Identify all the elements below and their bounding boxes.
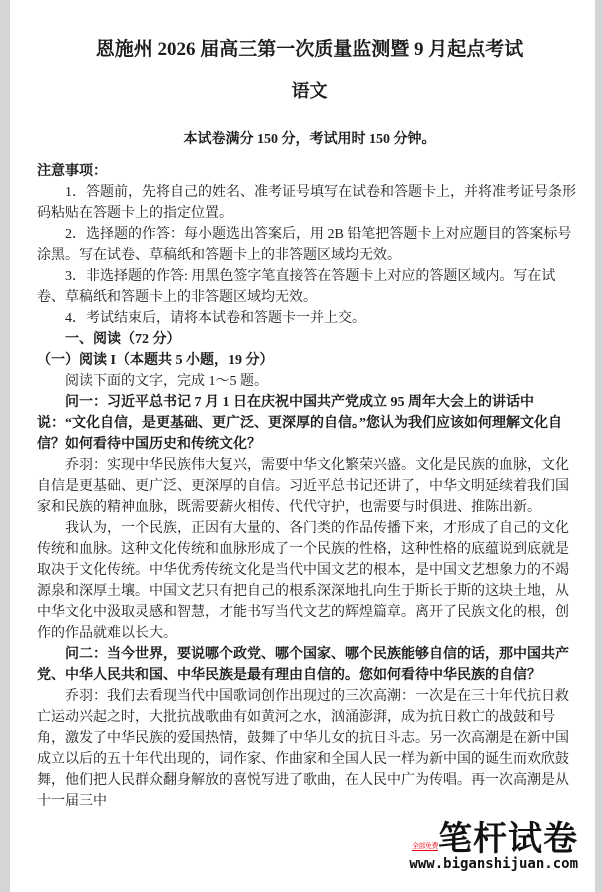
reading-instruction: 阅读下面的文字，完成 1～5 题。	[37, 371, 582, 392]
section-heading: 一、阅读（72 分）	[37, 329, 582, 350]
subject-title: 语文	[37, 81, 582, 102]
notice-item-3: 3．非选择题的作答: 用黑色签字笔直接答在答题卡上对应的答题区域内。写在试卷、草…	[37, 266, 582, 308]
exam-info: 本试卷满分 150 分，考试用时 150 分钟。	[37, 129, 582, 150]
watermark-brand-logo: 笔杆试卷	[438, 824, 578, 856]
paragraph-answer-1a: 乔羽：实现中华民族伟大复兴，需要中华文化繁荣兴盛。文化是民族的血脉，文化自信是更…	[37, 455, 582, 518]
watermark-url: www.biganshijuan.com	[409, 856, 578, 872]
exam-title: 恩施州 2026 届高三第一次质量监测暨 9 月起点考试	[37, 38, 582, 62]
notice-heading: 注意事项：	[37, 161, 582, 182]
notice-item-4: 4．考试结束后，请将本试卷和答题卡一并上交。	[37, 308, 582, 329]
watermark-tagline: 全部免费	[412, 842, 438, 851]
reading-subheading: （一）阅读 I（本题共 5 小题，19 分）	[37, 350, 582, 371]
paragraph-answer-1b: 我认为，一个民族，正因有大量的、各门类的作品传播下来，才形成了自己的文化传统和血…	[37, 518, 582, 644]
watermark-top-row: 全部免费 笔杆试卷	[409, 824, 578, 856]
paragraph-answer-2: 乔羽：我们去看现当代中国歌词创作出现过的三次高潮：一次是在三十年代抗日救亡运动兴…	[37, 686, 582, 812]
watermark: 全部免费 笔杆试卷 www.biganshijuan.com	[409, 824, 578, 872]
page-content: 恩施州 2026 届高三第一次质量监测暨 9 月起点考试 语文 本试卷满分 15…	[10, 0, 595, 812]
paragraph-question-1: 问一：习近平总书记 7 月 1 日在庆祝中国共产党成立 95 周年大会上的讲话中…	[37, 392, 582, 455]
notice-item-1: 1．答题前，先将自己的姓名、准考证号填写在试卷和答题卡上，并将准考证号条形码粘贴…	[37, 182, 582, 224]
paragraph-question-2: 问二：当今世界，要说哪个政党、哪个国家、哪个民族能够自信的话，那中国共产党、中华…	[37, 644, 582, 686]
exam-paper-page: 恩施州 2026 届高三第一次质量监测暨 9 月起点考试 语文 本试卷满分 15…	[10, 0, 595, 892]
notice-item-2: 2．选择题的作答：每小题选出答案后，用 2B 铅笔把答题卡上对应题目的答案标号涂…	[37, 224, 582, 266]
